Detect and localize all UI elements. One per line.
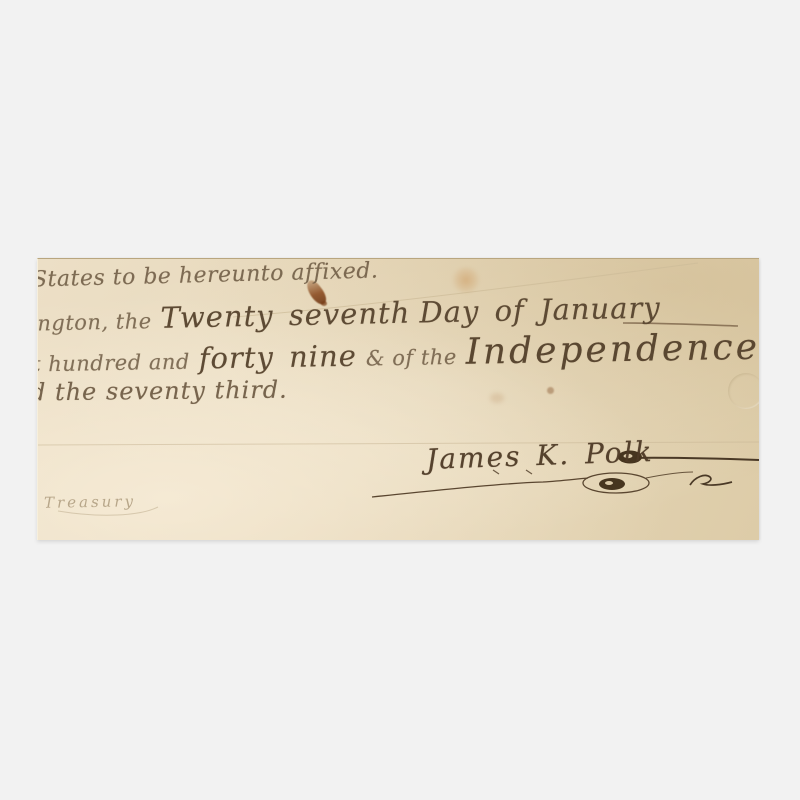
doc-line-2-month: Day of January [419, 290, 661, 329]
document-paper: States to be hereunto affixed. ington, t… [37, 258, 759, 540]
foxing-stain [452, 267, 480, 293]
doc-line-2-prefix: ington, the [37, 309, 152, 336]
doc-line-4: d the seventy third. [37, 376, 288, 407]
doc-line-3-sep: & of the [366, 345, 457, 371]
photo-background: States to be hereunto affixed. ington, t… [0, 0, 800, 800]
signature-paraph [372, 478, 588, 497]
doc-line-3-prefix: t hundred and [37, 350, 190, 377]
small-ink-dot [547, 387, 554, 394]
faint-stain [490, 393, 504, 403]
squiggle-mark [690, 475, 732, 485]
embossed-seal [728, 373, 759, 409]
doc-line-3-year: forty nine [198, 339, 357, 376]
doc-line-3-word: Independence [465, 327, 759, 373]
treasury-label: Treasury [44, 492, 136, 512]
doc-line-2-day: Twenty seventh [160, 296, 410, 335]
